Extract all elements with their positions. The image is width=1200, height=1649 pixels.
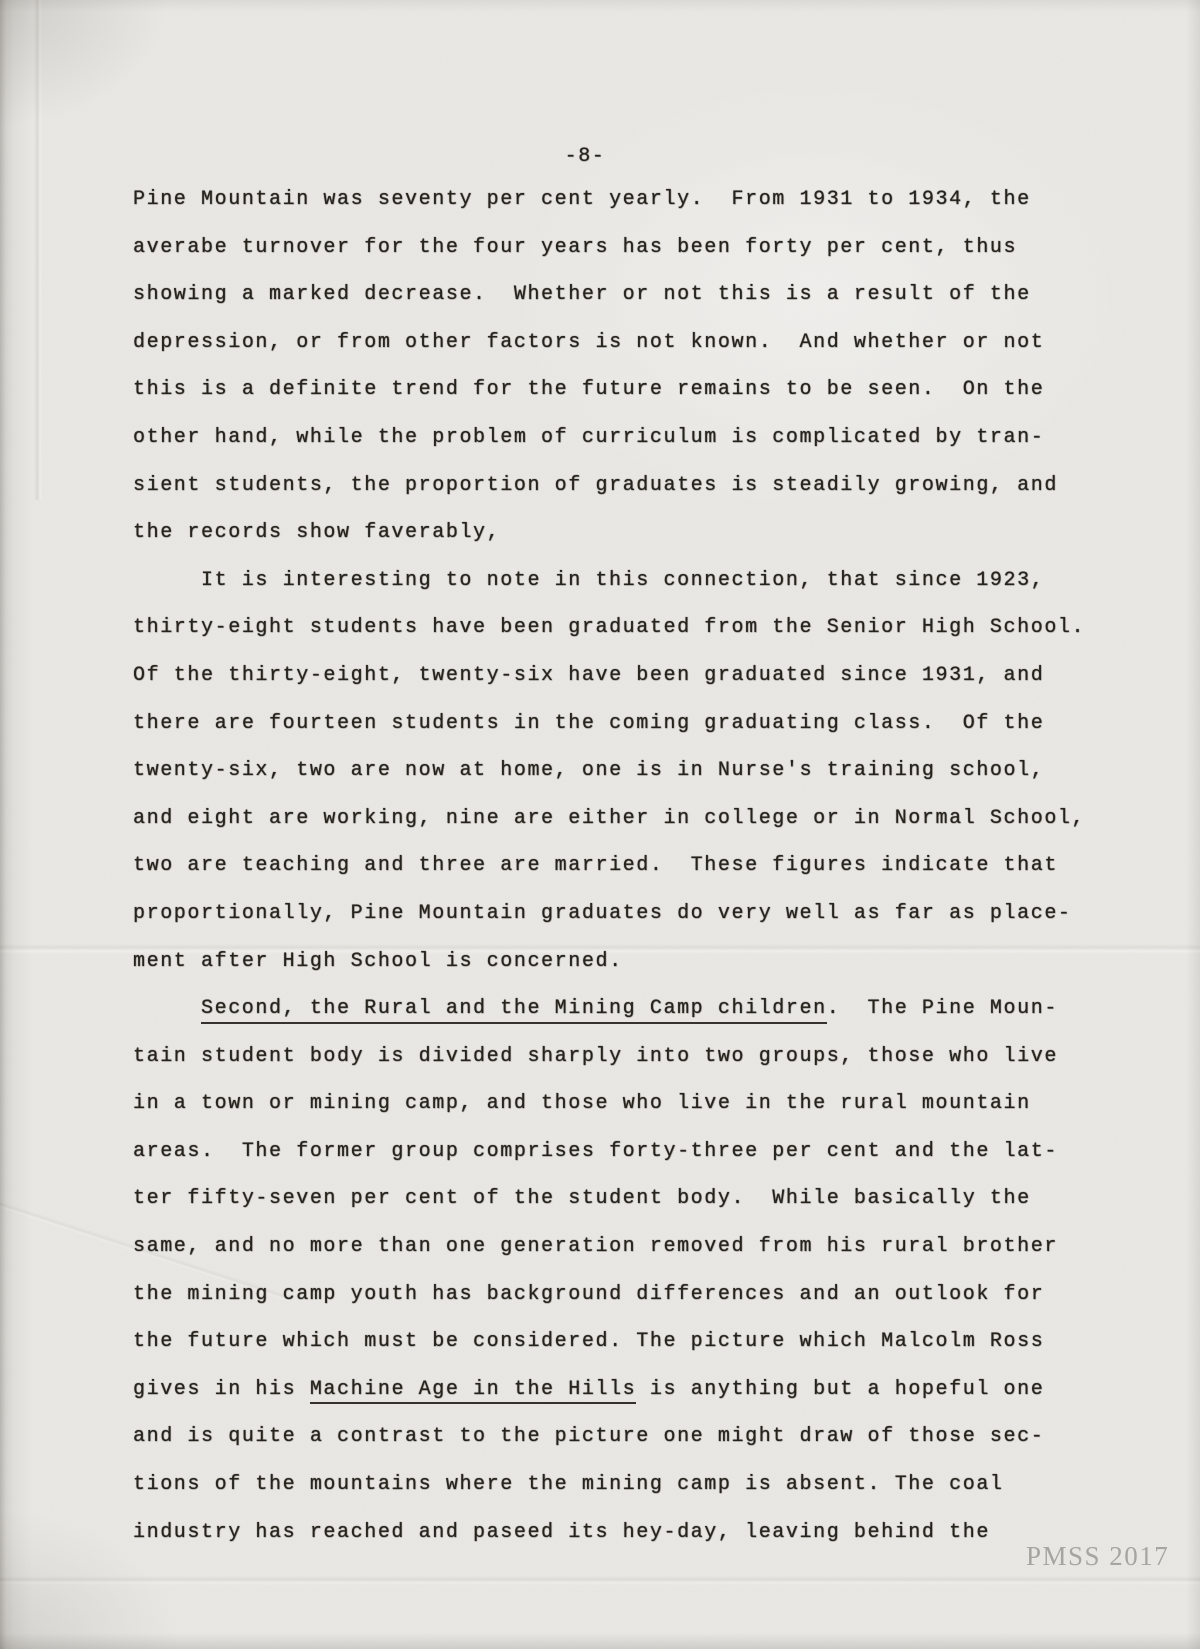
text-line: industry has reached and paseed its hey-… (133, 1509, 1133, 1557)
page-number: -8- (0, 137, 1170, 177)
line-text: twenty-six, two are now at home, one is … (133, 759, 1044, 782)
text-line: gives in his Machine Age in the Hills is… (133, 1366, 1133, 1414)
text-line: Second, the Rural and the Mining Camp ch… (133, 985, 1133, 1033)
text-line: tions of the mountains where the mining … (133, 1461, 1133, 1509)
underlined-text: Machine Age in the Hills (310, 1378, 636, 1405)
line-text: thirty-eight students have been graduate… (133, 616, 1085, 639)
text-line: depression, or from other factors is not… (133, 319, 1133, 367)
line-text: Pine Mountain was seventy per cent yearl… (133, 188, 1031, 211)
paper-crease (0, 1576, 1200, 1585)
text-line: proportionally, Pine Mountain graduates … (133, 890, 1133, 938)
line-text: industry has reached and paseed its hey-… (133, 1521, 990, 1544)
line-text: proportionally, Pine Mountain graduates … (133, 902, 1072, 925)
line-text: tain student body is divided sharply int… (133, 1045, 1058, 1068)
line-text: tions of the mountains where the mining … (133, 1473, 1004, 1496)
line-text: ter fifty-seven per cent of the student … (133, 1187, 1031, 1210)
line-text: . The Pine Moun- (827, 997, 1058, 1020)
text-line: sient students, the proportion of gradua… (133, 462, 1133, 510)
text-line: the mining camp youth has background dif… (133, 1271, 1133, 1319)
line-text: sient students, the proportion of gradua… (133, 474, 1058, 497)
document-page: -8- Pine Mountain was seventy per cent y… (0, 0, 1200, 1649)
text-line: twenty-six, two are now at home, one is … (133, 747, 1133, 795)
text-line: this is a definite trend for the future … (133, 366, 1133, 414)
paper-crease (34, 0, 42, 500)
line-text: ment after High School is concerned. (133, 950, 623, 973)
text-line: It is interesting to note in this connec… (133, 557, 1133, 605)
text-line: averabe turnover for the four years has … (133, 224, 1133, 272)
text-block: Pine Mountain was seventy per cent yearl… (133, 176, 1133, 1556)
line-text: same, and no more than one generation re… (133, 1235, 1058, 1258)
line-text: the mining camp youth has background dif… (133, 1283, 1044, 1306)
line-text: gives in his (133, 1378, 310, 1401)
text-line: thirty-eight students have been graduate… (133, 604, 1133, 652)
text-line: other hand, while the problem of curricu… (133, 414, 1133, 462)
text-line: same, and no more than one generation re… (133, 1223, 1133, 1271)
watermark: PMSS 2017 (1026, 1541, 1169, 1571)
line-text: showing a marked decrease. Whether or no… (133, 283, 1031, 306)
line-text: depression, or from other factors is not… (133, 331, 1044, 354)
line-text: other hand, while the problem of curricu… (133, 426, 1044, 449)
line-text: Of the thirty-eight, twenty-six have bee… (133, 664, 1044, 687)
line-text: and is quite a contrast to the picture o… (133, 1425, 1044, 1448)
text-line: areas. The former group comprises forty-… (133, 1128, 1133, 1176)
text-line: the future which must be considered. The… (133, 1318, 1133, 1366)
text-line: and is quite a contrast to the picture o… (133, 1413, 1133, 1461)
line-text: averabe turnover for the four years has … (133, 236, 1017, 259)
text-line: two are teaching and three are married. … (133, 842, 1133, 890)
line-text: two are teaching and three are married. … (133, 854, 1058, 877)
text-line: in a town or mining camp, and those who … (133, 1080, 1133, 1128)
text-line: and eight are working, nine are either i… (133, 795, 1133, 843)
line-text: the future which must be considered. The… (133, 1330, 1044, 1353)
underlined-text: Second, the Rural and the Mining Camp ch… (201, 997, 827, 1024)
text-line: ment after High School is concerned. (133, 938, 1133, 986)
text-line: the records show faverably, (133, 509, 1133, 557)
text-line: Of the thirty-eight, twenty-six have bee… (133, 652, 1133, 700)
text-line: ter fifty-seven per cent of the student … (133, 1175, 1133, 1223)
line-text: the records show faverably, (133, 521, 500, 544)
text-line: tain student body is divided sharply int… (133, 1033, 1133, 1081)
line-text: It is interesting to note in this connec… (201, 569, 1044, 592)
line-text: and eight are working, nine are either i… (133, 807, 1085, 830)
text-line: there are fourteen students in the comin… (133, 700, 1133, 748)
text-line: Pine Mountain was seventy per cent yearl… (133, 176, 1133, 224)
text-line: showing a marked decrease. Whether or no… (133, 271, 1133, 319)
line-text: this is a definite trend for the future … (133, 378, 1044, 401)
line-text: areas. The former group comprises forty-… (133, 1140, 1058, 1163)
line-text: there are fourteen students in the comin… (133, 712, 1044, 735)
line-text: in a town or mining camp, and those who … (133, 1092, 1031, 1115)
line-text: is anything but a hopeful one (636, 1378, 1044, 1401)
